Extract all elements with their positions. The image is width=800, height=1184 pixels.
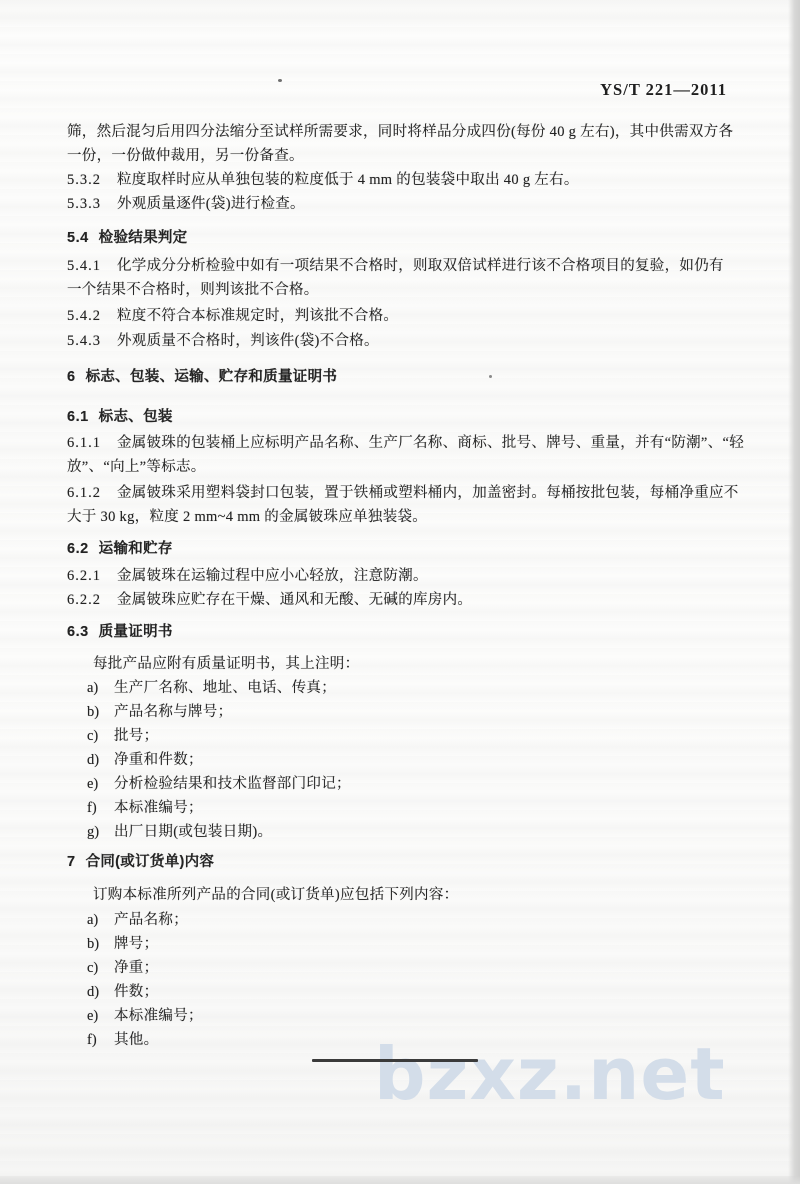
list-6-3-g: g)出厂日期(或包装日期)。 [67, 820, 727, 844]
clause-5-4-1-line-2: 一个结果不合格时，则判该批不合格。 [67, 278, 727, 302]
list-7-b-line-1: b)牌号； [87, 932, 727, 956]
list-6-3-f-text: 本标准编号； [114, 800, 203, 816]
clause-6-2-2-line-1: 6.2.2金属铍珠应贮存在干燥、通风和无酸、无碱的库房内。 [67, 588, 727, 612]
heading-7: 7合同(或订货单)内容 [67, 850, 727, 874]
list-7-a-marker: a) [87, 908, 105, 932]
para-continuation-line-1: 筛，然后混匀后用四分法缩分至试样所需要求，同时将样品分成四份(每份 40 g 左… [67, 120, 727, 144]
list-6-3-b-line-1: b)产品名称与牌号； [87, 700, 727, 724]
clause-5-4-1-line-1: 5.4.1化学成分分析检验中如有一项结果不合格时，则取双倍试样进行该不合格项目的… [67, 254, 727, 278]
para-continuation-text: 筛，然后混匀后用四分法缩分至试样所需要求，同时将样品分成四份(每份 40 g 左… [67, 124, 733, 140]
heading-6-1-number: 6.1 [67, 409, 89, 425]
list-6-3-a-marker: a) [87, 676, 105, 700]
list-6-3-g-marker: g) [87, 820, 105, 844]
list-6-3-e-marker: e) [87, 772, 105, 796]
heading-6-3: 6.3质量证明书 [67, 620, 727, 644]
list-6-3-d-marker: d) [87, 748, 105, 772]
scan-edge-bottom [0, 1176, 800, 1184]
clause-5-4-1: 5.4.1化学成分分析检验中如有一项结果不合格时，则取双倍试样进行该不合格项目的… [67, 254, 727, 302]
clause-5-4-3-number: 5.4.3 [67, 333, 101, 349]
list-7-c: c)净重； [67, 956, 727, 980]
list-6-3-f-marker: f) [87, 796, 105, 820]
clause-5-4-2-text: 粒度不符合本标准规定时，判该批不合格。 [117, 308, 398, 324]
list-7-e-marker: e) [87, 1004, 105, 1028]
para-6-3-intro-text: 每批产品应附有质量证明书，其上注明： [93, 656, 359, 672]
heading-5-4-text: 检验结果判定 [99, 230, 188, 246]
clause-5-3-2-number: 5.3.2 [67, 172, 101, 188]
list-6-3-c: c)批号； [67, 724, 727, 748]
heading-6-line-1: 6标志、包装、运输、贮存和质量证明书 [67, 365, 727, 389]
list-6-3-d-text: 净重和件数； [114, 752, 203, 768]
list-7-e-text: 本标准编号； [114, 1008, 203, 1024]
scan-edge-right [788, 0, 800, 1184]
para-continuation: 筛，然后混匀后用四分法缩分至试样所需要求，同时将样品分成四份(每份 40 g 左… [67, 120, 727, 168]
list-6-3-e-line-1: e)分析检验结果和技术监督部门印记； [87, 772, 727, 796]
list-7-c-marker: c) [87, 956, 105, 980]
clause-5-3-3-line-1: 5.3.3外观质量逐件(袋)进行检查。 [67, 192, 727, 216]
list-7-f-text: 其他。 [114, 1032, 158, 1048]
end-of-text-rule [312, 1059, 478, 1062]
clause-5-3-3-text: 外观质量逐件(袋)进行检查。 [117, 196, 305, 212]
list-7-a-text: 产品名称； [114, 912, 188, 928]
list-6-3-a-text: 生产厂名称、地址、电话、传真； [114, 680, 336, 696]
heading-6: 6标志、包装、运输、贮存和质量证明书 [67, 365, 727, 389]
document-body: 筛，然后混匀后用四分法缩分至试样所需要求，同时将样品分成四份(每份 40 g 左… [67, 120, 727, 1052]
heading-6-1-text: 标志、包装 [99, 409, 173, 425]
clause-6-1-1-text: 放”、“向上”等标志。 [67, 459, 206, 475]
list-7-d-marker: d) [87, 980, 105, 1004]
scanned-standard-page: YS/T 221—2011 筛，然后混匀后用四分法缩分至试样所需要求，同时将样品… [0, 0, 800, 1184]
list-7-b: b)牌号； [67, 932, 727, 956]
clause-5-4-1-text: 化学成分分析检验中如有一项结果不合格时，则取双倍试样进行该不合格项目的复验，如仍… [117, 258, 724, 274]
clause-5-4-2-line-1: 5.4.2粒度不符合本标准规定时，判该批不合格。 [67, 304, 727, 328]
clause-6-2-1-text: 金属铍珠在运输过程中应小心轻放，注意防潮。 [117, 568, 428, 584]
clause-5-4-2: 5.4.2粒度不符合本标准规定时，判该批不合格。 [67, 304, 727, 328]
heading-6-2-text: 运输和贮存 [99, 541, 173, 557]
para-6-3-intro: 每批产品应附有质量证明书，其上注明： [67, 652, 727, 676]
list-6-3-e: e)分析检验结果和技术监督部门印记； [67, 772, 727, 796]
clause-6-2-1: 6.2.1金属铍珠在运输过程中应小心轻放，注意防潮。 [67, 564, 727, 588]
list-6-3-e-text: 分析检验结果和技术监督部门印记； [114, 776, 351, 792]
list-6-3-c-line-1: c)批号； [87, 724, 727, 748]
list-6-3-b-text: 产品名称与牌号； [114, 704, 232, 720]
list-7-f-marker: f) [87, 1028, 105, 1052]
clause-6-1-2-text: 大于 30 kg，粒度 2 mm~4 mm 的金属铍珠应单独装袋。 [67, 509, 427, 525]
clause-6-1-2-number: 6.1.2 [67, 485, 101, 501]
standard-number-header: YS/T 221—2011 [67, 81, 727, 99]
list-6-3-c-text: 批号； [114, 728, 158, 744]
heading-5-4-line-1: 5.4检验结果判定 [67, 226, 727, 250]
list-7-c-line-1: c)净重； [87, 956, 727, 980]
clause-6-1-2-line-2: 大于 30 kg，粒度 2 mm~4 mm 的金属铍珠应单独装袋。 [67, 505, 727, 529]
clause-5-3-2-line-1: 5.3.2粒度取样时应从单独包装的粒度低于 4 mm 的包装袋中取出 40 g … [67, 168, 727, 192]
clause-5-4-1-text: 一个结果不合格时，则判该批不合格。 [67, 282, 319, 298]
clause-5-4-1-number: 5.4.1 [67, 258, 101, 274]
page-content: YS/T 221—2011 筛，然后混匀后用四分法缩分至试样所需要求，同时将样品… [67, 81, 727, 1052]
list-7-d: d)件数； [67, 980, 727, 1004]
list-6-3-f-line-1: f)本标准编号； [87, 796, 727, 820]
clause-6-2-2: 6.2.2金属铍珠应贮存在干燥、通风和无酸、无碱的库房内。 [67, 588, 727, 612]
heading-6-text: 标志、包装、运输、贮存和质量证明书 [86, 369, 338, 385]
clause-6-2-1-number: 6.2.1 [67, 568, 101, 584]
para-continuation-text: 一份，一份做仲裁用，另一份备查。 [67, 148, 304, 164]
heading-6-number: 6 [67, 369, 76, 385]
list-7-d-line-1: d)件数； [87, 980, 727, 1004]
para-6-3-intro-line-1: 每批产品应附有质量证明书，其上注明： [93, 652, 727, 676]
clause-6-1-2: 6.1.2金属铍珠采用塑料袋封口包装，置于铁桶或塑料桶内，加盖密封。每桶按批包装… [67, 481, 727, 529]
clause-6-1-2-text: 金属铍珠采用塑料袋封口包装，置于铁桶或塑料桶内，加盖密封。每桶按批包装，每桶净重… [117, 485, 739, 501]
heading-7-text: 合同(或订货单)内容 [86, 854, 215, 870]
heading-6-3-text: 质量证明书 [99, 624, 173, 640]
para-7-intro: 订购本标准所列产品的合同(或订货单)应包括下列内容： [67, 883, 727, 907]
clause-6-2-1-line-1: 6.2.1金属铍珠在运输过程中应小心轻放，注意防潮。 [67, 564, 727, 588]
list-7-d-text: 件数； [114, 984, 158, 1000]
heading-6-2-number: 6.2 [67, 541, 89, 557]
clause-6-1-1-text: 金属铍珠的包装桶上应标明产品名称、生产厂名称、商标、批号、牌号、重量，并有“防潮… [117, 435, 744, 451]
heading-6-2: 6.2运输和贮存 [67, 537, 727, 561]
list-6-3-f: f)本标准编号； [67, 796, 727, 820]
para-7-intro-line-1: 订购本标准所列产品的合同(或订货单)应包括下列内容： [93, 883, 727, 907]
scan-speck [278, 79, 282, 82]
list-7-a: a)产品名称； [67, 908, 727, 932]
clause-6-2-2-text: 金属铍珠应贮存在干燥、通风和无酸、无碱的库房内。 [117, 592, 472, 608]
list-7-b-marker: b) [87, 932, 105, 956]
clause-5-4-2-number: 5.4.2 [67, 308, 101, 324]
list-7-b-text: 牌号； [114, 936, 158, 952]
clause-6-2-2-number: 6.2.2 [67, 592, 101, 608]
list-6-3-b: b)产品名称与牌号； [67, 700, 727, 724]
heading-6-1-line-1: 6.1标志、包装 [67, 405, 727, 429]
heading-7-line-1: 7合同(或订货单)内容 [67, 850, 727, 874]
list-6-3-a: a)生产厂名称、地址、电话、传真； [67, 676, 727, 700]
heading-6-3-line-1: 6.3质量证明书 [67, 620, 727, 644]
bzxz-watermark: bzxz.net [374, 1038, 726, 1110]
list-6-3-b-marker: b) [87, 700, 105, 724]
list-7-a-line-1: a)产品名称； [87, 908, 727, 932]
clause-5-3-2: 5.3.2粒度取样时应从单独包装的粒度低于 4 mm 的包装袋中取出 40 g … [67, 168, 727, 192]
para-7-intro-text: 订购本标准所列产品的合同(或订货单)应包括下列内容： [93, 887, 458, 903]
list-6-3-d: d)净重和件数； [67, 748, 727, 772]
list-6-3-g-line-1: g)出厂日期(或包装日期)。 [87, 820, 727, 844]
clause-6-1-1-line-2: 放”、“向上”等标志。 [67, 455, 727, 479]
heading-5-4: 5.4检验结果判定 [67, 226, 727, 250]
heading-6-3-number: 6.3 [67, 624, 89, 640]
heading-6-1: 6.1标志、包装 [67, 405, 727, 429]
list-6-3-d-line-1: d)净重和件数； [87, 748, 727, 772]
clause-5-3-3: 5.3.3外观质量逐件(袋)进行检查。 [67, 192, 727, 216]
list-6-3-g-text: 出厂日期(或包装日期)。 [114, 824, 272, 840]
clause-6-1-1-number: 6.1.1 [67, 435, 101, 451]
para-continuation-line-2: 一份，一份做仲裁用，另一份备查。 [67, 144, 727, 168]
list-7-e: e)本标准编号； [67, 1004, 727, 1028]
clause-5-4-3-line-1: 5.4.3外观质量不合格时，判该件(袋)不合格。 [67, 329, 727, 353]
list-6-3-c-marker: c) [87, 724, 105, 748]
list-7-e-line-1: e)本标准编号； [87, 1004, 727, 1028]
clause-5-3-2-text: 粒度取样时应从单独包装的粒度低于 4 mm 的包装袋中取出 40 g 左右。 [117, 172, 579, 188]
heading-5-4-number: 5.4 [67, 230, 89, 246]
clause-5-4-3-text: 外观质量不合格时，判该件(袋)不合格。 [117, 333, 379, 349]
heading-7-number: 7 [67, 854, 76, 870]
clause-5-3-3-number: 5.3.3 [67, 196, 101, 212]
clause-6-1-2-line-1: 6.1.2金属铍珠采用塑料袋封口包装，置于铁桶或塑料桶内，加盖密封。每桶按批包装… [67, 481, 727, 505]
list-7-c-text: 净重； [114, 960, 158, 976]
heading-6-2-line-1: 6.2运输和贮存 [67, 537, 727, 561]
clause-6-1-1: 6.1.1金属铍珠的包装桶上应标明产品名称、生产厂名称、商标、批号、牌号、重量，… [67, 431, 727, 479]
clause-5-4-3: 5.4.3外观质量不合格时，判该件(袋)不合格。 [67, 329, 727, 353]
clause-6-1-1-line-1: 6.1.1金属铍珠的包装桶上应标明产品名称、生产厂名称、商标、批号、牌号、重量，… [67, 431, 727, 455]
list-6-3-a-line-1: a)生产厂名称、地址、电话、传真； [87, 676, 727, 700]
scan-speck [489, 375, 492, 378]
